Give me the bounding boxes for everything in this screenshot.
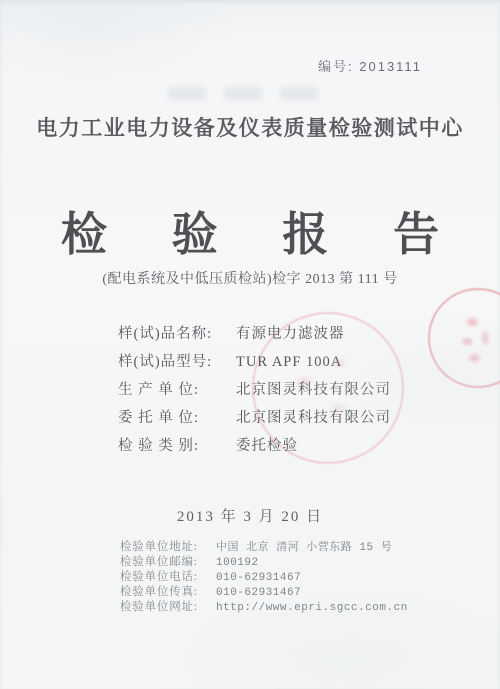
info-row-sample-model: 样(试)品型号: TUR APF 100A	[118, 348, 418, 376]
info-row-client: 委 托 单 位: 北京图灵科技有限公司	[118, 404, 418, 432]
info-label: 生 产 单 位:	[118, 376, 230, 404]
contact-row-fax: 检验单位传真: 010-62931467	[120, 585, 420, 600]
bleed-through-marks	[168, 87, 338, 102]
info-label: 委 托 单 位:	[118, 404, 230, 432]
info-value: 有源电力滤波器	[230, 320, 345, 348]
contact-value: 010-62931467	[208, 586, 301, 600]
info-row-sample-name: 样(试)品名称: 有源电力滤波器	[118, 320, 418, 348]
info-value: 北京图灵科技有限公司	[230, 404, 391, 432]
org-title: 电力工业电力设备及仪表质量检验测试中心	[0, 112, 500, 142]
contact-label: 检验单位传真:	[120, 585, 208, 599]
info-row-test-category: 检 验 类 别: 委托检验	[118, 432, 418, 460]
contact-label: 检验单位地址:	[120, 540, 208, 554]
info-value: 北京图灵科技有限公司	[230, 376, 391, 404]
info-value: 委托检验	[230, 432, 298, 460]
inspection-unit-contact-block: 检验单位地址: 中国 北京 清河 小营东路 15 号 检验单位邮编: 10019…	[120, 540, 420, 615]
info-value: TUR APF 100A	[230, 348, 342, 376]
info-label: 样(试)品型号:	[118, 348, 230, 376]
info-label: 样(试)品名称:	[118, 320, 230, 348]
report-code-line: (配电系统及中低压质检站)检字 2013 第 111 号	[0, 268, 500, 288]
contact-row-website: 检验单位网址: http://www.epri.sgcc.com.cn	[120, 600, 420, 615]
contact-value: 010-62931467	[208, 571, 301, 585]
contact-row-postcode: 检验单位邮编: 100192	[120, 555, 420, 570]
contact-label: 检验单位网址:	[120, 600, 208, 614]
scanned-report-page: 编号: 2013111 电力工业电力设备及仪表质量检验测试中心 检 验 报 告 …	[0, 0, 500, 689]
report-title: 检 验 报 告	[0, 198, 500, 264]
sample-info-block: 样(试)品名称: 有源电力滤波器 样(试)品型号: TUR APF 100A 生…	[118, 320, 418, 460]
doc-number-value: 2013111	[359, 59, 422, 74]
contact-row-address: 检验单位地址: 中国 北京 清河 小营东路 15 号	[120, 540, 420, 555]
info-label: 检 验 类 别:	[118, 432, 230, 460]
doc-number-line: 编号: 2013111	[318, 56, 422, 75]
red-seal-edge-icon	[428, 288, 500, 388]
contact-label: 检验单位电话:	[120, 570, 208, 584]
doc-number-label: 编号:	[318, 59, 354, 74]
contact-row-phone: 检验单位电话: 010-62931467	[120, 570, 420, 585]
contact-value: 100192	[208, 556, 259, 570]
info-row-manufacturer: 生 产 单 位: 北京图灵科技有限公司	[118, 376, 418, 404]
report-date: 2013 年 3 月 20 日	[0, 505, 500, 526]
contact-label: 检验单位邮编:	[120, 555, 208, 569]
contact-value-url: http://www.epri.sgcc.com.cn	[208, 601, 408, 615]
contact-value: 中国 北京 清河 小营东路 15 号	[208, 541, 392, 555]
